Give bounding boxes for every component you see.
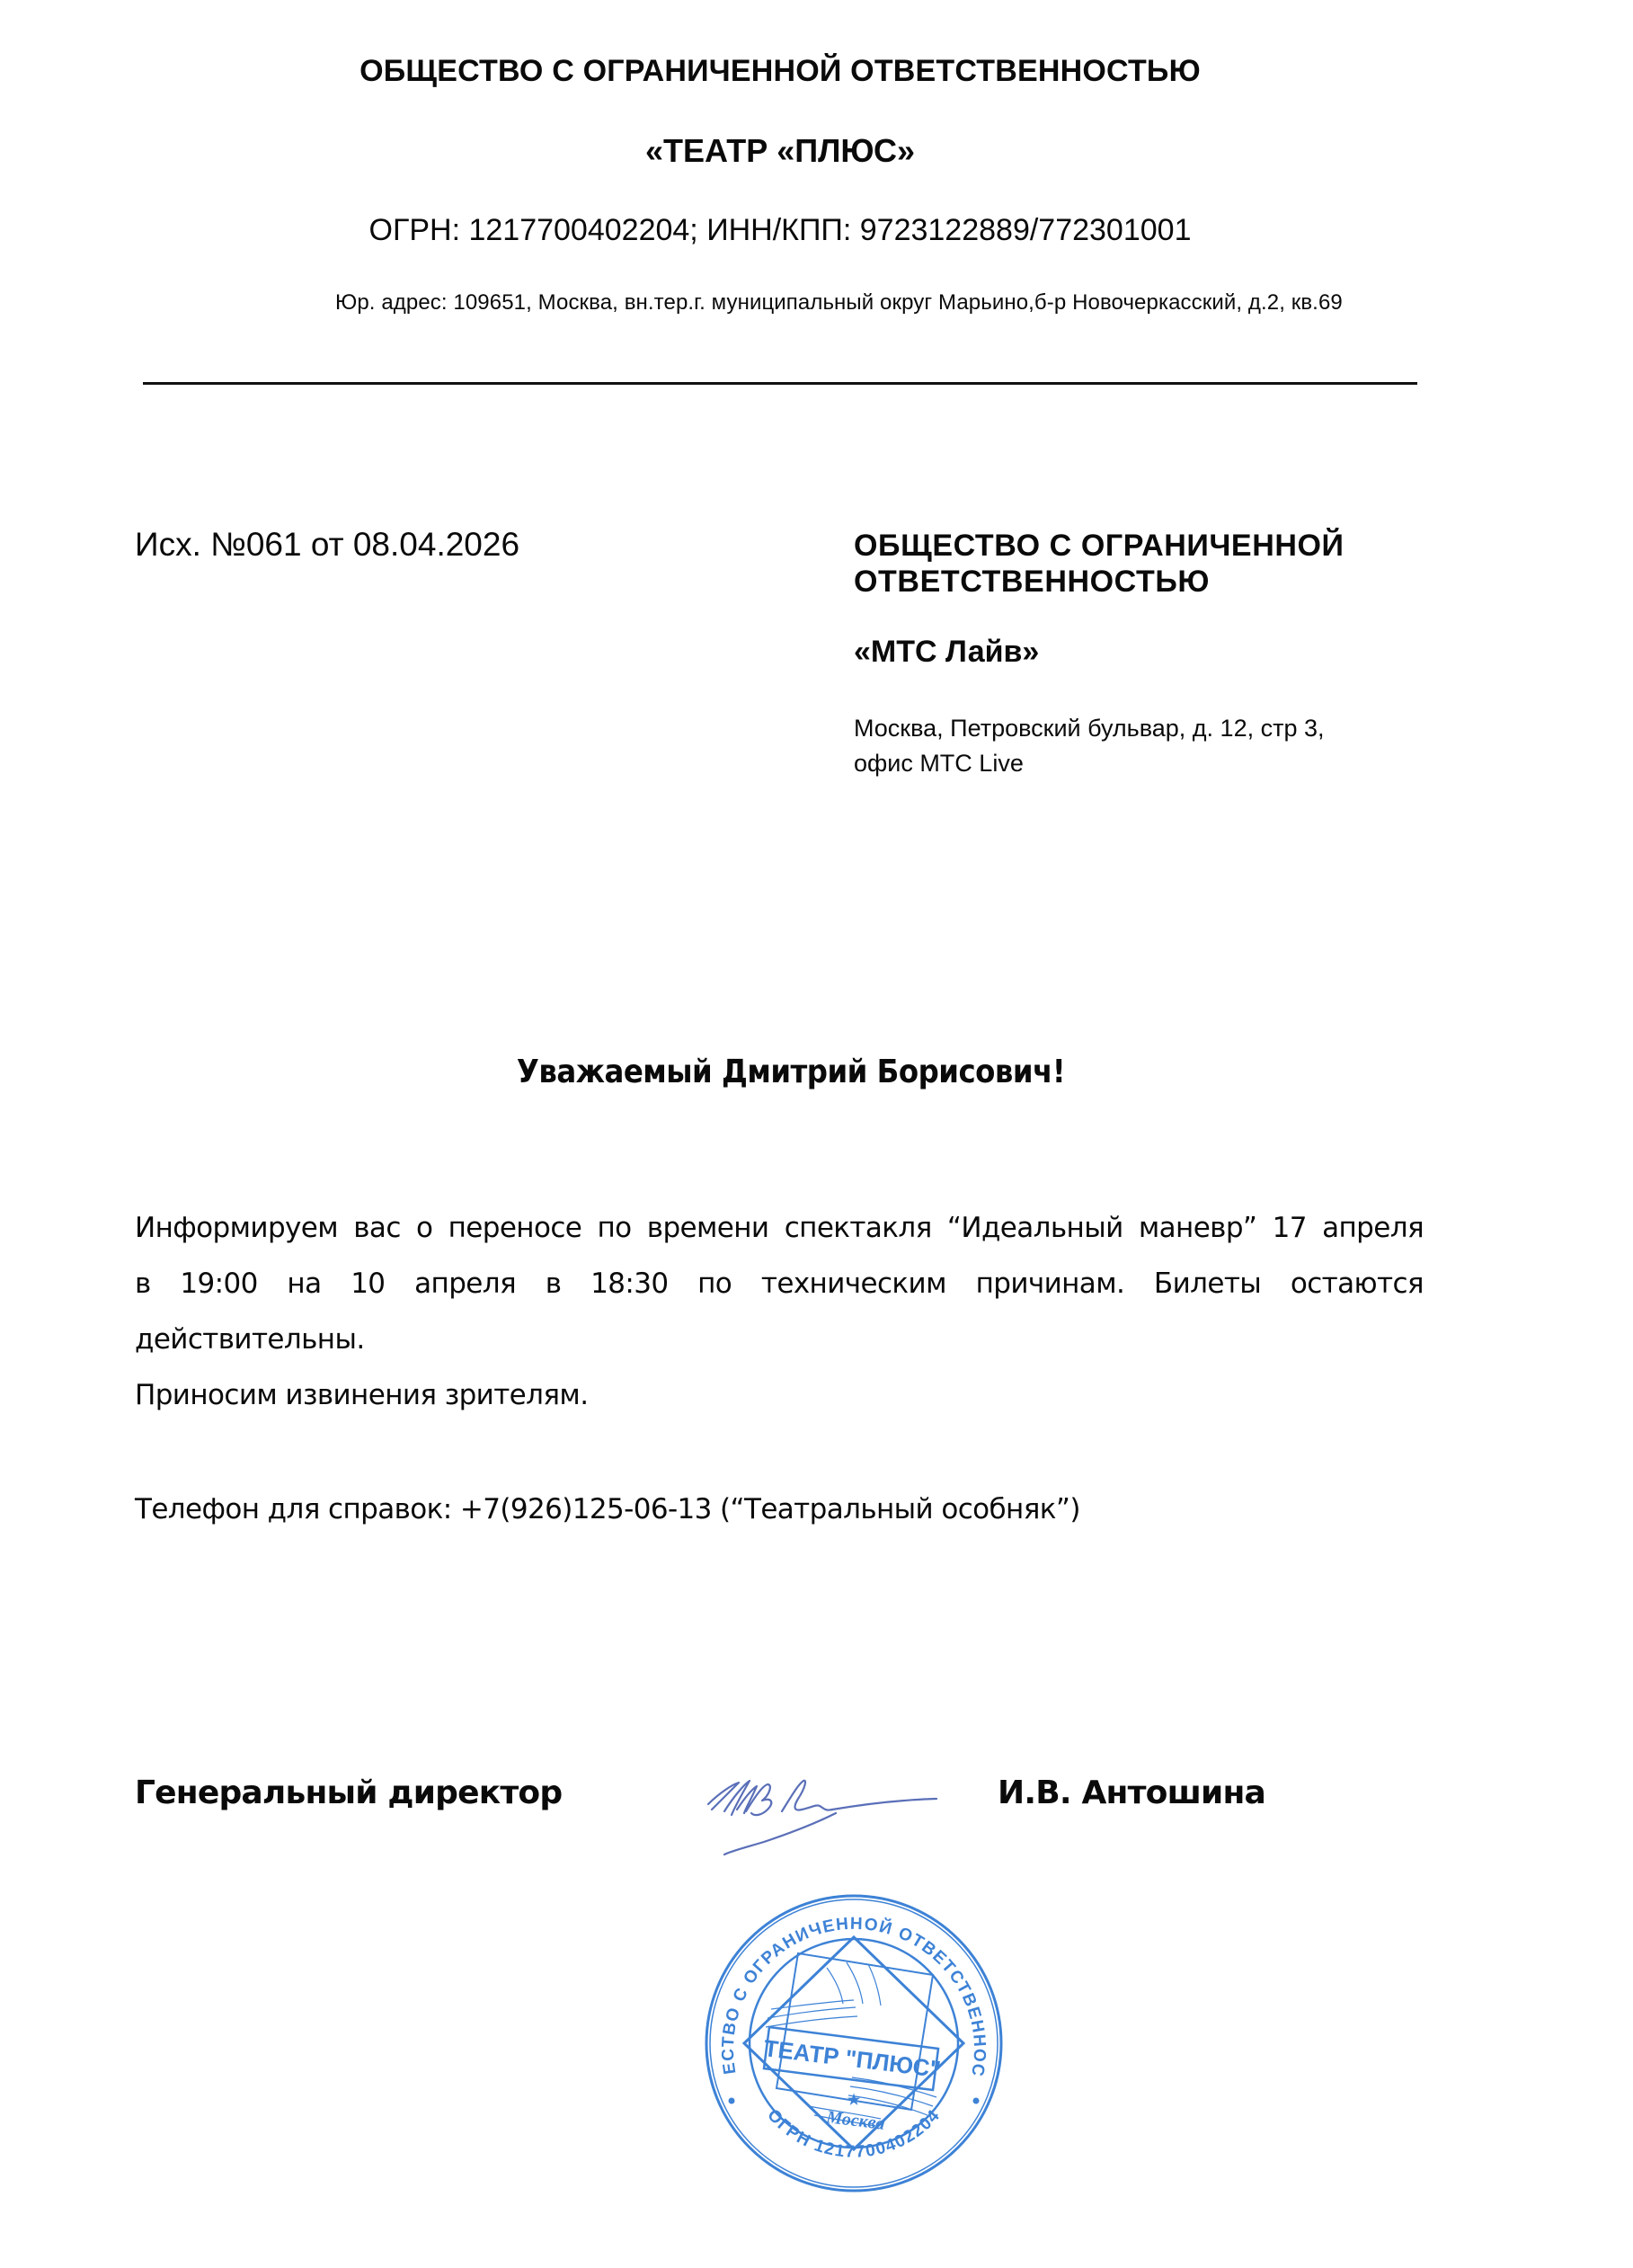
company-stamp: ОБЩЕСТВО С ОГРАНИЧЕННОЙ ОТВЕТСТВЕННОСТЬЮ… — [701, 1890, 1007, 2196]
recipient-org-type-line2: ОТВЕТСТВЕННОСТЬЮ — [854, 565, 1210, 600]
recipient-address-line1: Москва, Петровский бульвар, д. 12, стр 3… — [854, 715, 1325, 743]
greeting: Уважаемый Дмитрий Борисович! — [0, 1054, 1582, 1090]
contact-phone: Телефон для справок: +7(926)125-06-13 (“… — [135, 1493, 1424, 1525]
letterhead-org-type: ОБЩЕСТВО С ОГРАНИЧЕННОЙ ОТВЕТСТВЕННОСТЬЮ — [0, 54, 1560, 89]
svg-text:★: ★ — [848, 2093, 861, 2108]
letterhead-registration: ОГРН: 1217700402204; ИНН/КПП: 9723122889… — [0, 213, 1560, 248]
letterhead-legal-address: Юр. адрес: 109651, Москва, вн.тер.г. мун… — [335, 290, 1343, 316]
letterhead-org-name: «ТЕАТР «ПЛЮС» — [0, 132, 1560, 170]
letterhead-divider — [143, 382, 1417, 385]
handwritten-signature — [692, 1757, 971, 1856]
recipient-org-type-line1: ОБЩЕСТВО С ОГРАНИЧЕННОЙ — [854, 529, 1345, 564]
recipient-address-line2: офис MTC Live — [854, 750, 1024, 778]
svg-text:ТЕАТР "ПЛЮС": ТЕАТР "ПЛЮС" — [762, 2034, 942, 2083]
signatory-position: Генеральный директор — [135, 1774, 562, 1811]
body-line: Приносим извинения зрителям. — [135, 1379, 1424, 1411]
signature-icon — [692, 1757, 971, 1856]
signatory-name: И.В. Антошина — [998, 1774, 1265, 1811]
outgoing-reference: Исх. №061 от 08.04.2026 — [135, 526, 519, 564]
body-line: Информируем вас о переносе по времени сп… — [135, 1212, 1424, 1244]
body-line: действительны. — [135, 1323, 1424, 1356]
recipient-org-name: «МТС Лайв» — [854, 635, 1039, 670]
stamp-seal-icon: ОБЩЕСТВО С ОГРАНИЧЕННОЙ ОТВЕТСТВЕННОСТЬЮ… — [701, 1890, 1007, 2196]
body-line: в 19:00 на 10 апреля в 18:30 по техничес… — [135, 1267, 1424, 1300]
